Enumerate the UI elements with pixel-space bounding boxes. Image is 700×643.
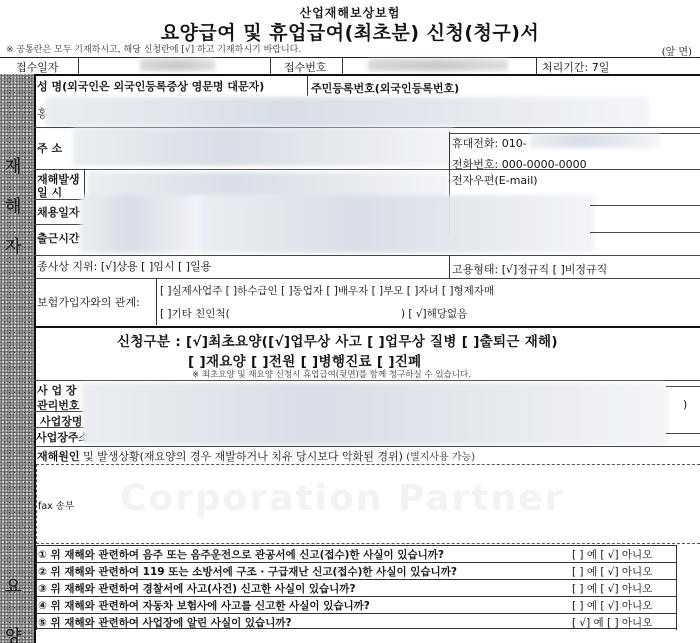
accident-cause-label-bold: 재해원인 bbox=[37, 450, 80, 463]
divider bbox=[676, 545, 677, 630]
accident-cause-label-rest: 및 발생상황(재요양의 경우 재발하거나 치유 당시보다 악화된 경위) bbox=[80, 450, 403, 463]
workplace-info-redacted[interactable] bbox=[82, 383, 668, 445]
relation-other-relative[interactable]: [ ]기타 친인척( bbox=[160, 306, 230, 321]
divider bbox=[666, 433, 700, 434]
sidebar-section-band: 재 해 자 요 양 bbox=[0, 74, 34, 643]
question-row: ③ 위 재해와 관련하여 경찰서에 사고(사건) 신고한 사실이 있습니까? [… bbox=[36, 579, 676, 595]
email-label: 전자우편(E-mail) bbox=[452, 172, 538, 188]
name-and-id-redacted[interactable] bbox=[45, 97, 650, 127]
divider bbox=[78, 57, 79, 74]
divider bbox=[34, 427, 84, 428]
divider bbox=[307, 76, 308, 96]
sidebar-char: 해 bbox=[5, 192, 21, 217]
accident-cause-note: (별지사용 가능) bbox=[403, 452, 475, 463]
divider bbox=[270, 57, 271, 74]
question-text: ① 위 재해와 관련하여 음주 또는 음주운전으로 관공서에 신고(접수)한 사… bbox=[38, 547, 444, 562]
relation-options-row1[interactable]: [ ]실제사업주 [ ]하수급인 [ ]동업자 [ ]배우자 [ ]부모 [ ]… bbox=[160, 283, 494, 298]
question-answer[interactable]: [ √] 예 [ ] 아니오 bbox=[572, 615, 652, 630]
relation-not-applicable[interactable]: ) [ √]해당없음 bbox=[401, 306, 467, 321]
receipt-number-value-redacted bbox=[368, 59, 508, 71]
page-side-label: (앞 면) bbox=[662, 43, 692, 58]
job-status-options[interactable]: 종사상 지위: [√]상용 [ ]임시 [ ]일용 bbox=[37, 258, 211, 274]
work-start-label: 출근시간 bbox=[37, 230, 80, 246]
divider bbox=[0, 74, 700, 76]
question-row: ② 위 재해와 관련하여 119 또는 소방서에 구조 · 구급재난 신고(접수… bbox=[36, 562, 676, 578]
question-text: ④ 위 재해와 관련하여 자동차 보험사에 사고를 신고한 사실이 있습니까? bbox=[38, 598, 370, 613]
application-type-row1[interactable]: 신청구분 : [√]최초요양([√]업무상 사고 [ ]업무상 질병 [ ]출퇴… bbox=[117, 330, 558, 350]
mobile-label: 휴대전화: 010- bbox=[452, 135, 527, 151]
question-text: ③ 위 재해와 관련하여 경찰서에 사고(사건) 신고한 사실이 있습니까? bbox=[38, 581, 356, 596]
question-answer[interactable]: [ ] 예 [ √] 아니오 bbox=[572, 581, 652, 596]
resident-id-label: 주민등록번호(외국인등록번호) bbox=[311, 80, 459, 96]
receipt-date-label: 접수일자 bbox=[16, 59, 59, 75]
question-row: ① 위 재해와 관련하여 음주 또는 음주운전으로 관공서에 신고(접수)한 사… bbox=[36, 545, 676, 561]
divider bbox=[34, 411, 84, 412]
divider bbox=[34, 278, 700, 279]
question-row: ④ 위 재해와 관련하여 자동차 보험사에 사고를 신고한 사실이 있습니까? … bbox=[36, 596, 676, 612]
name-label: 성 명(외국인은 외국인등록증상 영문명 대문자) bbox=[37, 78, 264, 94]
employment-type-options[interactable]: 고용형태: [√]정규직 [ ]비정규직 bbox=[452, 261, 607, 277]
divider bbox=[666, 386, 700, 387]
divider bbox=[34, 380, 700, 381]
question-answer[interactable]: [ ] 예 [ √] 아니오 bbox=[572, 564, 652, 579]
application-note: ※ 최초요양 및 재요양 신청시 휴업급여(뒷면)를 함께 청구하실 수 있습니… bbox=[192, 368, 471, 380]
question-answer[interactable]: [ ] 예 [ √] 아니오 bbox=[572, 598, 652, 613]
divider bbox=[156, 278, 157, 325]
divider bbox=[34, 326, 700, 328]
question-answer[interactable]: [ ] 예 [ √] 아니오 bbox=[572, 547, 652, 562]
sidebar-char: 요 bbox=[5, 572, 21, 597]
relation-label: 보험가입자와의 관계: bbox=[37, 294, 140, 310]
divider bbox=[0, 57, 700, 58]
hire-date-label: 채용일자 bbox=[37, 204, 80, 220]
accident-cause-label: 재해원인 및 발생상황(재요양의 경우 재발하거나 치유 당시보다 악화된 경위… bbox=[37, 448, 475, 464]
question-text: ⑤ 위 재해와 관련하여 사업장에 알린 사실이 있습니까? bbox=[38, 615, 292, 630]
paren-close: ) bbox=[683, 398, 687, 411]
divider bbox=[34, 224, 84, 225]
address-value-redacted[interactable] bbox=[73, 128, 453, 166]
watermark-text: Corporation Partner bbox=[120, 478, 564, 519]
mobile-value-redacted[interactable] bbox=[530, 134, 660, 148]
sidebar-char: 자 bbox=[5, 232, 21, 257]
address-label: 주 소 bbox=[37, 140, 62, 156]
divider bbox=[34, 199, 84, 200]
divider bbox=[449, 255, 450, 278]
receipt-number-label: 접수번호 bbox=[284, 59, 327, 75]
hire-and-start-redacted[interactable] bbox=[80, 195, 204, 253]
form-title: 요양급여 및 휴업급여(최초분) 신청(청구)서 bbox=[0, 18, 700, 45]
fax-note: fax 송부 bbox=[38, 498, 74, 512]
workplace-mgmt-no-label: 사 업 장 bbox=[37, 382, 77, 398]
sidebar-char: 재 bbox=[5, 152, 21, 177]
divider bbox=[34, 169, 700, 170]
divider bbox=[36, 545, 37, 630]
divider bbox=[34, 446, 700, 447]
divider bbox=[536, 57, 537, 74]
question-row: ⑤ 위 재해와 관련하여 사업장에 알린 사실이 있습니까? [ √] 예 [ … bbox=[36, 613, 676, 629]
receipt-date-value-redacted bbox=[140, 59, 215, 71]
hire-and-start-redacted-2[interactable] bbox=[200, 195, 595, 253]
question-text: ② 위 재해와 관련하여 119 또는 소방서에 구조 · 구급재난 신고(접수… bbox=[38, 564, 457, 579]
divider bbox=[590, 232, 700, 233]
divider bbox=[34, 255, 700, 256]
divider bbox=[590, 205, 700, 206]
form-instruction: ※ 공통란은 모두 기재하시고, 해당 신청란에 [√] 하고 기재하시기 바랍… bbox=[6, 42, 301, 55]
accident-datetime-label-2: 일 시 bbox=[37, 184, 62, 200]
application-type-row2[interactable]: [ ]재요양 [ ]전원 [ ]병행진료 [ ]진폐 bbox=[188, 350, 422, 370]
divider bbox=[342, 57, 343, 74]
processing-period: 처리기간: 7일 bbox=[542, 59, 609, 75]
sidebar-char: 양 bbox=[5, 622, 21, 643]
